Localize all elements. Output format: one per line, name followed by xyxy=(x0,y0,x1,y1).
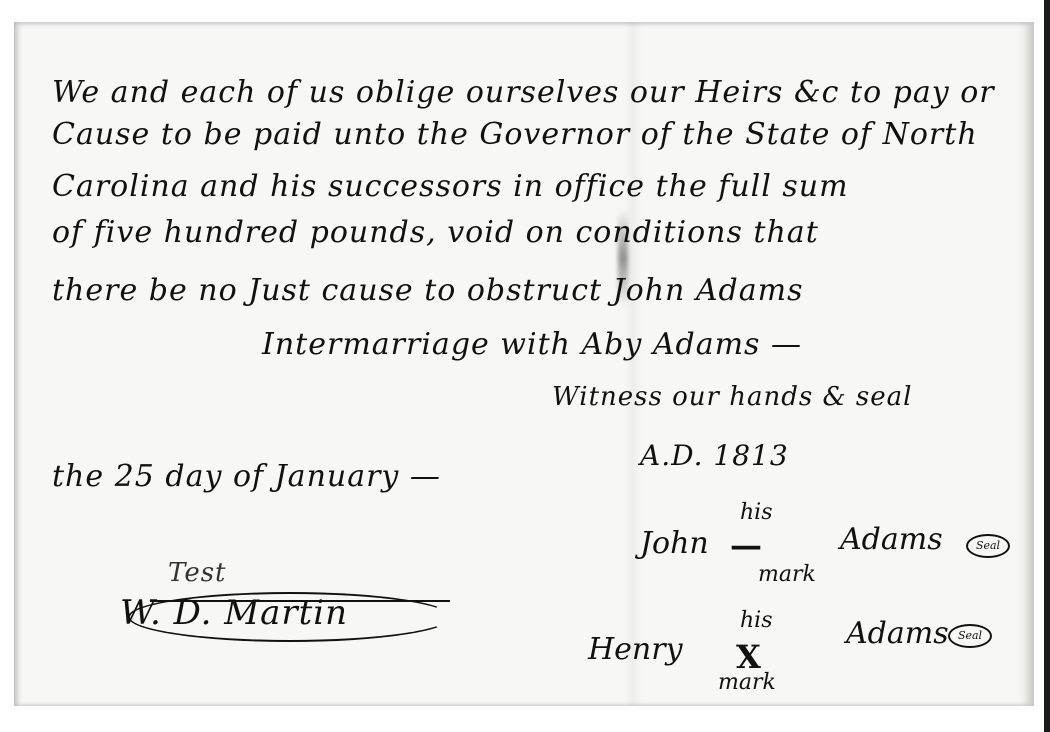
his-label: his xyxy=(740,608,773,633)
scan-edge-strip xyxy=(1044,0,1050,732)
bond-line-6: Intermarriage with Aby Adams — xyxy=(262,330,802,360)
his-label: his xyxy=(740,500,773,525)
bond-line-2: Cause to be paid unto the Governor of th… xyxy=(52,120,978,150)
bond-line-1: We and each of us oblige ourselves our H… xyxy=(52,78,982,108)
bond-line-5: there be no Just cause to obstruct John … xyxy=(52,276,804,306)
signer-first-name: John xyxy=(640,526,709,561)
seal-icon: Seal xyxy=(948,624,992,648)
signer-mark-icon: — xyxy=(730,526,762,564)
mark-label: mark xyxy=(758,562,816,587)
attestation-label: Test xyxy=(168,560,227,586)
bond-line-4: of five hundred pounds, void on conditio… xyxy=(52,218,819,248)
signer-surname: Adams xyxy=(846,616,949,651)
year-line: A.D. 1813 xyxy=(640,442,789,470)
mark-label: mark xyxy=(718,670,776,695)
seal-icon: Seal xyxy=(966,534,1010,558)
bond-line-3: Carolina and his successors in office th… xyxy=(52,172,849,202)
date-line: the 25 day of January — xyxy=(52,462,441,492)
witness-clause: Witness our hands & seal xyxy=(552,384,912,410)
signer-surname: Adams xyxy=(840,522,943,557)
signer-first-name: Henry xyxy=(588,632,683,667)
witness-signature: W. D. Martin xyxy=(120,596,348,630)
